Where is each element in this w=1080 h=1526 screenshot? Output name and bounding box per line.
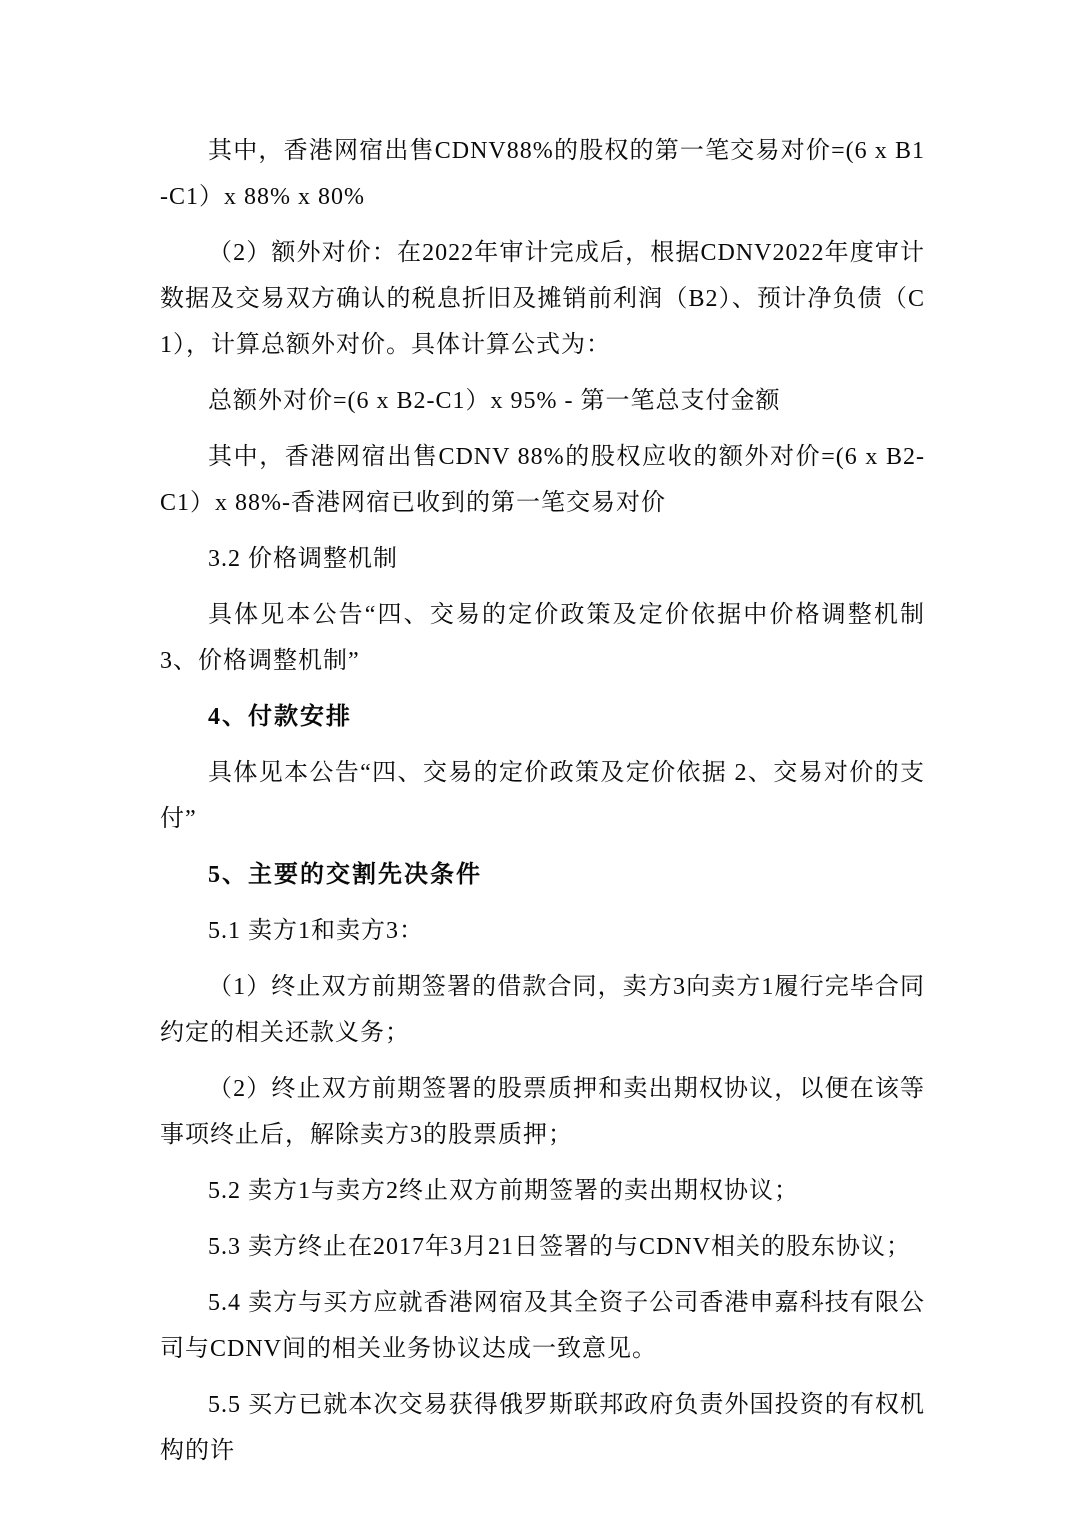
paragraph-5-1-sellers: 5.1 卖方1和卖方3： <box>160 908 925 954</box>
subheading-3-2-price-adjustment: 3.2 价格调整机制 <box>160 536 925 582</box>
paragraph-see-announcement-price-adjustment: 具体见本公告“四、交易的定价政策及定价依据中价格调整机制 3、价格调整机制” <box>160 592 925 684</box>
paragraph-5-5-russia-approval: 5.5 买方已就本次交易获得俄罗斯联邦政府负责外国投资的有权机构的许 <box>160 1382 925 1474</box>
paragraph-additional-receivable-formula: 其中，香港网宿出售CDNV 88%的股权应收的额外对价=(6 x B2-C1）x… <box>160 434 925 526</box>
paragraph-see-announcement-payment: 具体见本公告“四、交易的定价政策及定价依据 2、交易对价的支付” <box>160 750 925 842</box>
document-content: 其中，香港网宿出售CDNV88%的股权的第一笔交易对价=(6 x B1-C1）x… <box>160 128 925 1474</box>
heading-4-payment-arrangement: 4、付款安排 <box>160 694 925 740</box>
paragraph-5-4-business-agreements: 5.4 卖方与买方应就香港网宿及其全资子公司香港申嘉科技有限公司与CDNV间的相… <box>160 1280 925 1372</box>
paragraph-first-deal-price-formula: 其中，香港网宿出售CDNV88%的股权的第一笔交易对价=(6 x B1-C1）x… <box>160 128 925 220</box>
paragraph-additional-consideration: （2）额外对价：在2022年审计完成后，根据CDNV2022年度审计数据及交易双… <box>160 230 925 368</box>
paragraph-total-additional-formula: 总额外对价=(6 x B2-C1）x 95% - 第一笔总支付金额 <box>160 378 925 424</box>
paragraph-5-1-item-2-pledge-termination: （2）终止双方前期签署的股票质押和卖出期权协议，以便在该等事项终止后，解除卖方3… <box>160 1066 925 1158</box>
paragraph-5-3-shareholder-agreement: 5.3 卖方终止在2017年3月21日签署的与CDNV相关的股东协议； <box>160 1224 925 1270</box>
paragraph-5-1-item-1-loan-termination: （1）终止双方前期签署的借款合同，卖方3向卖方1履行完毕合同约定的相关还款义务； <box>160 964 925 1056</box>
paragraph-5-2-put-option-termination: 5.2 卖方1与卖方2终止双方前期签署的卖出期权协议； <box>160 1168 925 1214</box>
heading-5-closing-conditions: 5、主要的交割先决条件 <box>160 852 925 898</box>
document-page: 其中，香港网宿出售CDNV88%的股权的第一笔交易对价=(6 x B1-C1）x… <box>0 0 1080 1526</box>
